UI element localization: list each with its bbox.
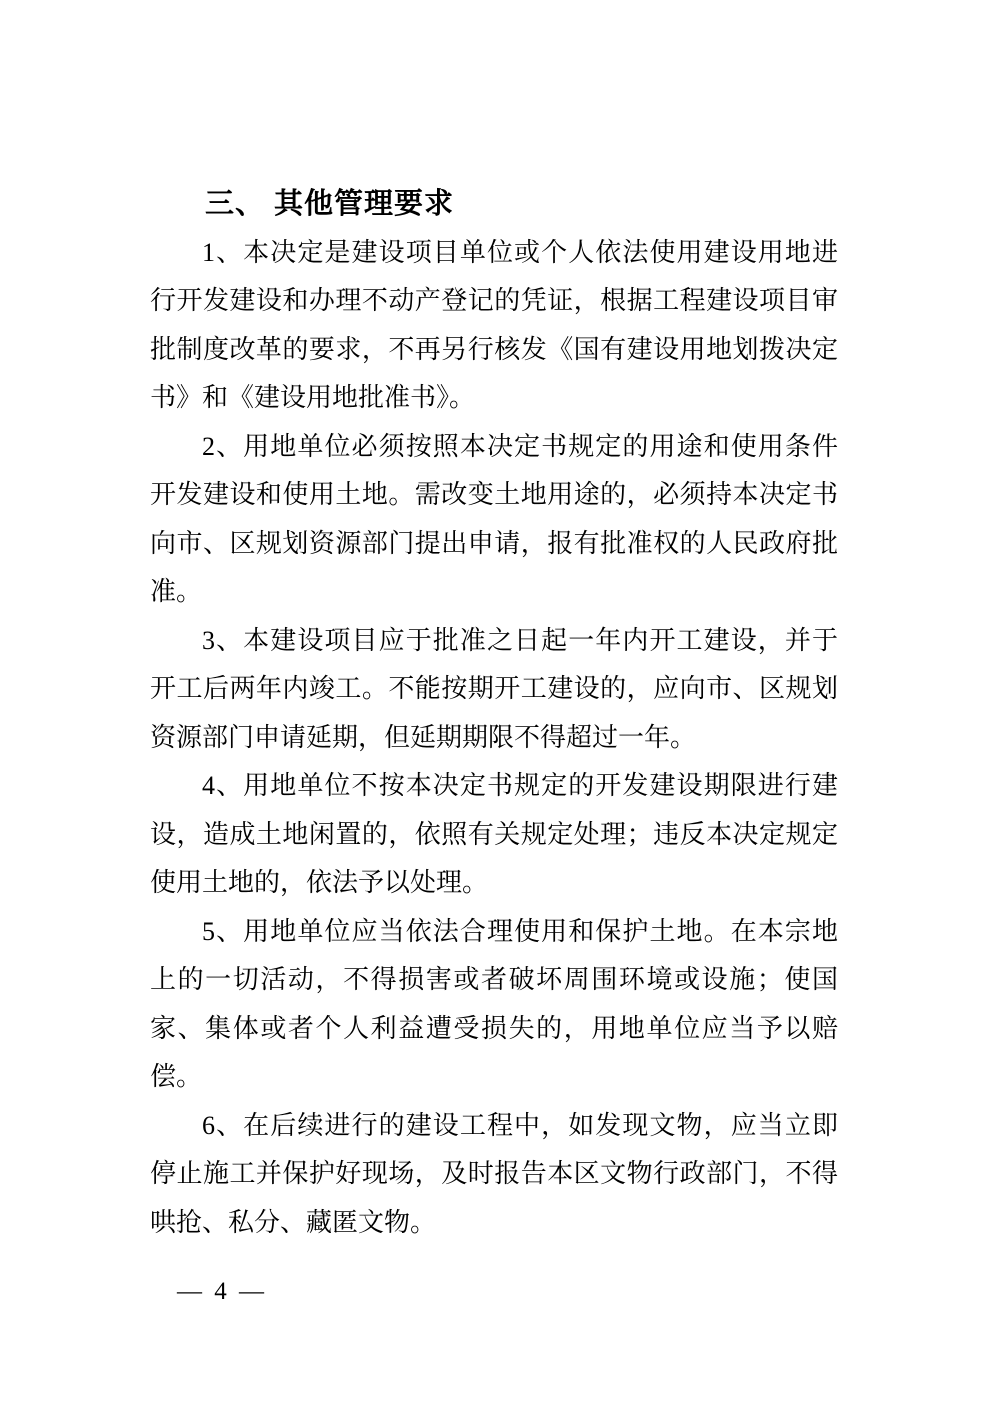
page-number: — 4 —: [177, 1277, 267, 1307]
paragraph-item-1: 1、本决定是建设项目单位或个人依法使用建设用地进行开发建设和办理不动产登记的凭证…: [150, 229, 838, 423]
paragraph-item-5: 5、用地单位应当依法合理使用和保护土地。在本宗地上的一切活动，不得损害或者破坏周…: [150, 908, 838, 1102]
paragraph-item-4: 4、用地单位不按本决定书规定的开发建设期限进行建设，造成土地闲置的，依照有关规定…: [150, 762, 838, 908]
document-page: 三、 其他管理要求 1、本决定是建设项目单位或个人依法使用建设用地进行开发建设和…: [0, 0, 992, 1403]
paragraph-item-3: 3、本建设项目应于批准之日起一年内开工建设，并于开工后两年内竣工。不能按期开工建…: [150, 617, 838, 763]
paragraph-item-6: 6、在后续进行的建设工程中，如发现文物，应当立即停止施工并保护好现场，及时报告本…: [150, 1102, 838, 1248]
document-body: 三、 其他管理要求 1、本决定是建设项目单位或个人依法使用建设用地进行开发建设和…: [150, 180, 838, 1247]
paragraph-item-2: 2、用地单位必须按照本决定书规定的用途和使用条件开发建设和使用土地。需改变土地用…: [150, 423, 838, 617]
section-heading: 三、 其他管理要求: [150, 180, 838, 229]
